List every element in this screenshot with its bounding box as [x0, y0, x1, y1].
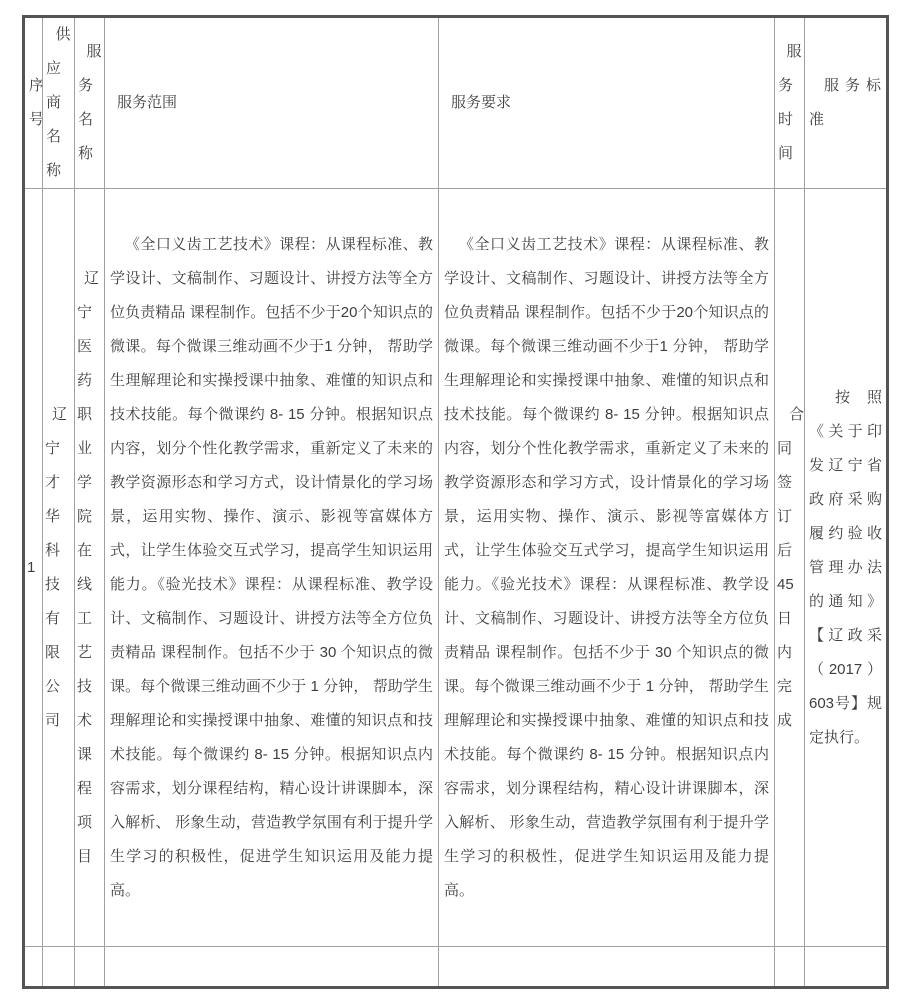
supplier-name-rest: 宁才华科技有限公司	[45, 432, 62, 738]
header-service-standard-label: 服务标准	[809, 69, 881, 137]
header-service-time-first-char: 服	[777, 35, 804, 69]
header-seq-no-label: 序号	[27, 69, 43, 137]
service-time-first-char: 合	[777, 398, 804, 432]
header-service-requirements-label: 服务要求	[451, 94, 511, 111]
empty-cell	[805, 947, 888, 988]
cell-service-requirements: 《全口义齿工艺技术》课程：从课程标准、教学设计、文稿制作、习题设计、讲授方法等全…	[439, 189, 775, 947]
empty-cell	[775, 947, 805, 988]
service-name-first-char: 辽	[77, 262, 104, 296]
cell-service-standard: 按照《关于印发辽宁省政府采购履约验收管理办法的通知》【辽政采（2017）603号…	[805, 189, 888, 947]
header-service-name-first-char: 服	[77, 35, 104, 69]
empty-cell	[24, 947, 43, 988]
empty-cell	[105, 947, 439, 988]
service-standard-text: 按照《关于印发辽宁省政府采购履约验收管理办法的通知》【辽政采（2017）603号…	[809, 381, 882, 755]
seq-no-value: 1	[27, 559, 35, 576]
header-cell-service-standard: 服务标准	[805, 17, 888, 189]
header-cell-supplier-name: 供 应商名称	[43, 17, 75, 189]
service-name-rest: 宁医药职业学院在线工艺技术课程项目	[77, 296, 94, 874]
header-cell-service-time: 服 务时间	[775, 17, 805, 189]
header-service-name-rest: 务名称	[77, 69, 94, 171]
header-cell-seq-no: 序号	[24, 17, 43, 189]
supplier-name-first-char: 辽	[45, 398, 74, 432]
empty-cell	[75, 947, 105, 988]
header-cell-service-name: 服 务名称	[75, 17, 105, 189]
header-supplier-first-char: 供	[45, 18, 74, 52]
header-service-scope-label: 服务范围	[117, 94, 177, 111]
empty-cell	[439, 947, 775, 988]
header-supplier-rest: 应商名称	[45, 52, 62, 188]
table-row: 1 辽 宁才华科技有限公司 辽 宁医药职业学院在线工艺技术课程项目 《全口义齿工…	[24, 189, 888, 947]
service-scope-text: 《全口义齿工艺技术》课程：从课程标准、教学设计、文稿制作、习题设计、讲授方法等全…	[110, 228, 433, 908]
header-cell-service-scope: 服务范围	[105, 17, 439, 189]
empty-row	[24, 947, 888, 988]
cell-service-time: 合 同签订后45日内完成	[775, 189, 805, 947]
service-requirements-text: 《全口义齿工艺技术》课程：从课程标准、教学设计、文稿制作、习题设计、讲授方法等全…	[444, 228, 769, 908]
cell-seq-no: 1	[24, 189, 43, 947]
empty-cell	[43, 947, 75, 988]
document-page: 序号 供 应商名称 服 务名称 服务范围 服务要求 服 务时	[0, 0, 905, 1000]
header-row: 序号 供 应商名称 服 务名称 服务范围 服务要求 服 务时	[24, 17, 888, 189]
header-service-time-rest: 务时间	[777, 69, 794, 171]
service-time-rest: 同签订后45日内完成	[777, 432, 794, 738]
cell-supplier-name: 辽 宁才华科技有限公司	[43, 189, 75, 947]
header-cell-service-requirements: 服务要求	[439, 17, 775, 189]
cell-service-scope: 《全口义齿工艺技术》课程：从课程标准、教学设计、文稿制作、习题设计、讲授方法等全…	[105, 189, 439, 947]
procurement-service-table: 序号 供 应商名称 服 务名称 服务范围 服务要求 服 务时	[22, 15, 889, 989]
cell-service-name: 辽 宁医药职业学院在线工艺技术课程项目	[75, 189, 105, 947]
